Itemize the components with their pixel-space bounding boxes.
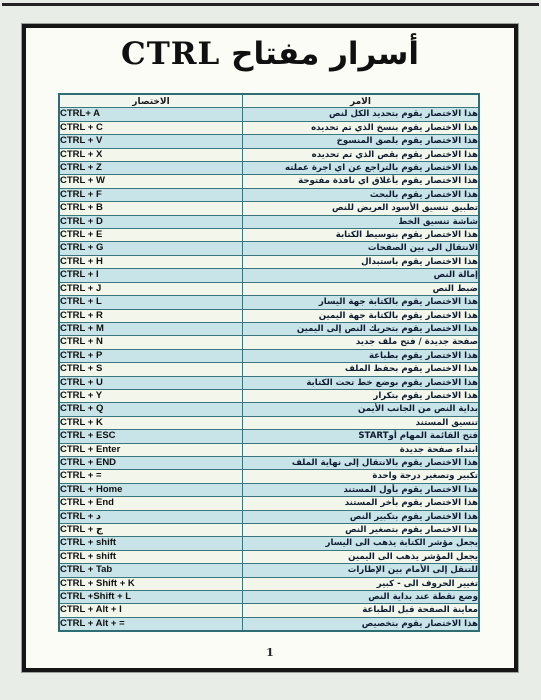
command-cell: الانتقال الى بين الصفحات [243, 242, 480, 255]
table-row: CTRL + shiftيجعل مؤشر الكتابة يذهب الى ا… [59, 537, 479, 550]
table-row: CTRL+ Aهذا الاختصار يقوم بتحديد الكل لنص [59, 108, 479, 121]
command-cell: هذا الاختصار يقوم بتكرار [243, 389, 480, 402]
command-cell: هذا الاختصار يقوم بتوسيط الكتابة [243, 229, 480, 242]
command-cell: هذا الاختصار يقوم بتصغير النص [243, 524, 480, 537]
header-shortcut: الاختصار [59, 94, 243, 108]
command-cell: هذا الاختصار يقوم بتكبير النص [243, 510, 480, 523]
shortcut-cell: CTRL + ESC [59, 430, 243, 443]
shortcut-cell: CTRL + X [59, 148, 243, 161]
header-row: الاختصار الامر [59, 94, 479, 108]
command-cell: هذا الاختصار يقوم باستبدال [243, 255, 480, 268]
command-cell: شاشة تنسيق الخط [243, 215, 480, 228]
command-cell: هذا الاختصار يقوم بأخر المستند [243, 497, 480, 510]
table-row: CTRL + Hهذا الاختصار يقوم باستبدال [59, 255, 479, 268]
shortcut-cell: CTRL + shift [59, 550, 243, 563]
command-cell: هذا الاختصار يقوم بأغلاق اي نافذة مفتوحة [243, 175, 480, 188]
table-row: CTRL + Wهذا الاختصار يقوم بأغلاق اي نافذ… [59, 175, 479, 188]
page-number: 1 [26, 646, 514, 659]
table-row: CTRL + Qبداية النص من الجانب الأيمن [59, 403, 479, 416]
command-cell: تغيير الحروف الى - كبير [243, 577, 480, 590]
command-cell: تطبيق تنسيق الأسود العريض للنص [243, 202, 480, 215]
table-row: CTRL + Yهذا الاختصار يقوم بتكرار [59, 389, 479, 402]
command-cell: هذا الاختصار يقوم بتحريك النص إلى اليمين [243, 322, 480, 335]
table-row: CTRL + Zهذا الاختصار يقوم بالتراجع عن اي… [59, 162, 479, 175]
command-cell: هذا الاختصار يقوم بلصق المنسوخ [243, 135, 480, 148]
table-row: CTRL + Xهذا الاختصار يقوم بقص الذي تم تح… [59, 148, 479, 161]
table-row: CTRL +Shift + Lوضع نقطة عند بداية النص [59, 591, 479, 604]
command-cell: إمالة النص [243, 269, 480, 282]
command-cell: صفحة جديدة / فتح ملف جديد [243, 336, 480, 349]
command-cell: ضبط النص [243, 282, 480, 295]
shortcut-cell: CTRL + End [59, 497, 243, 510]
shortcut-cell: CTRL + B [59, 202, 243, 215]
command-cell: هذا الاختصار يقوم بوضع خط تحت الكتابة [243, 376, 480, 389]
table-row: CTRL + Alt + Iمعاينة الصفحة قبل الطباعة [59, 604, 479, 617]
shortcut-cell: CTRL + K [59, 416, 243, 429]
command-cell: معاينة الصفحة قبل الطباعة [243, 604, 480, 617]
table-row: CTRL + Iإمالة النص [59, 269, 479, 282]
table-row: CTRL + Lهذا الاختصار يقوم بالكتابة جهة ا… [59, 296, 479, 309]
shortcut-cell: CTRL + H [59, 255, 243, 268]
shortcut-cell: CTRL + د [59, 510, 243, 523]
shortcut-cell: CTRL + N [59, 336, 243, 349]
shortcut-cell: CTRL + I [59, 269, 243, 282]
shortcut-cell: CTRL + = [59, 470, 243, 483]
shortcut-cell: CTRL + Q [59, 403, 243, 416]
command-cell: هذا الاختصار يقوم بأول المستند [243, 483, 480, 496]
command-cell: هذا الاختصار يقوم بقص الذي تم تحديده [243, 148, 480, 161]
command-cell: فتح القائمة المهام أوSTART [243, 430, 480, 443]
table-row: CTRL + Pهذا الاختصار يقوم بطباعة [59, 349, 479, 362]
shortcut-cell: CTRL + END [59, 456, 243, 469]
command-cell: وضع نقطة عند بداية النص [243, 591, 480, 604]
command-cell: هذا الاختصار يقوم بتخصيص [243, 617, 480, 631]
table-row: CTRL + Mهذا الاختصار يقوم بتحريك النص إل… [59, 322, 479, 335]
table-row: CTRL + جهذا الاختصار يقوم بتصغير النص [59, 524, 479, 537]
shortcut-cell: CTRL + R [59, 309, 243, 322]
command-cell: ابتداء صفحة جديدة [243, 443, 480, 456]
shortcut-cell: CTRL + D [59, 215, 243, 228]
command-cell: هذا الاختصار يقوم بالبحث [243, 188, 480, 201]
table-row: CTRL + Cهذا الاختصار يقوم بنسخ الذي تم ت… [59, 121, 479, 134]
command-cell: هذا الاختصار يقوم بنسخ الذي تم تحديده [243, 121, 480, 134]
table-row: CTRL + Nصفحة جديدة / فتح ملف جديد [59, 336, 479, 349]
shortcut-cell: CTRL + E [59, 229, 243, 242]
page-title: أسرار مفتاح CTRL [26, 36, 514, 72]
table-row: CTRL + Fهذا الاختصار يقوم بالبحث [59, 188, 479, 201]
command-cell: للتنقل إلى الأمام بين الإطارات [243, 564, 480, 577]
shortcut-cell: CTRL +Shift + L [59, 591, 243, 604]
shortcut-cell: CTRL + F [59, 188, 243, 201]
shortcut-cell: CTRL + M [59, 322, 243, 335]
command-cell: هذا الاختصار يقوم بالكتابة جهة اليسار [243, 296, 480, 309]
table-row: CTRL + ENDهذا الاختصار يقوم بالانتقال إل… [59, 456, 479, 469]
top-edge-line [2, 3, 539, 6]
table-row: CTRL + Vهذا الاختصار يقوم بلصق المنسوخ [59, 135, 479, 148]
table-row: CTRL + Gالانتقال الى بين الصفحات [59, 242, 479, 255]
table-row: CTRL + ESCفتح القائمة المهام أوSTART [59, 430, 479, 443]
command-cell: هذا الاختصار يقوم بطباعة [243, 349, 480, 362]
shortcut-cell: CTRL + V [59, 135, 243, 148]
shortcut-cell: CTRL + U [59, 376, 243, 389]
shortcut-cell: CTRL + J [59, 282, 243, 295]
table-row: CTRL + Endهذا الاختصار يقوم بأخر المستند [59, 497, 479, 510]
shortcut-cell: CTRL + shift [59, 537, 243, 550]
command-cell: تنسيق المستند [243, 416, 480, 429]
table-row: CTRL + Sهذا الاختصار يقوم بحفظ الملف [59, 363, 479, 376]
shortcut-cell: CTRL + Shift + K [59, 577, 243, 590]
shortcuts-table: الاختصار الامر CTRL+ Aهذا الاختصار يقوم … [58, 93, 480, 632]
table-row: CTRL + Rهذا الاختصار يقوم بالكتابة جهة ا… [59, 309, 479, 322]
table-row: CTRL + Enterابتداء صفحة جديدة [59, 443, 479, 456]
shortcut-cell: CTRL + W [59, 175, 243, 188]
command-cell: هذا الاختصار يقوم بالكتابة جهة اليمين [243, 309, 480, 322]
table-row: CTRL + دهذا الاختصار يقوم بتكبير النص [59, 510, 479, 523]
table-row: CTRL + Alt + =هذا الاختصار يقوم بتخصيص [59, 617, 479, 631]
command-cell: هذا الاختصار يقوم بالتراجع عن اي اجرة عم… [243, 162, 480, 175]
table-row: CTRL + Jضبط النص [59, 282, 479, 295]
shortcut-cell: CTRL + Alt + = [59, 617, 243, 631]
table-row: CTRL + =تكبير وتصغير درجة واحدة [59, 470, 479, 483]
table-row: CTRL + Shift + Kتغيير الحروف الى - كبير [59, 577, 479, 590]
shortcut-cell: CTRL + S [59, 363, 243, 376]
command-cell: يجعل المؤشر يذهب الى اليمين [243, 550, 480, 563]
table-row: CTRL + Homeهذا الاختصار يقوم بأول المستن… [59, 483, 479, 496]
table-row: CTRL + Eهذا الاختصار يقوم بتوسيط الكتابة [59, 229, 479, 242]
command-cell: تكبير وتصغير درجة واحدة [243, 470, 480, 483]
shortcut-cell: CTRL + L [59, 296, 243, 309]
table-row: CTRL + Dشاشة تنسيق الخط [59, 215, 479, 228]
table-row: CTRL + shiftيجعل المؤشر يذهب الى اليمين [59, 550, 479, 563]
command-cell: هذا الاختصار يقوم بحفظ الملف [243, 363, 480, 376]
shortcut-cell: CTRL+ A [59, 108, 243, 121]
shortcut-cell: CTRL + Z [59, 162, 243, 175]
table-row: CTRL + Tabللتنقل إلى الأمام بين الإطارات [59, 564, 479, 577]
command-cell: هذا الاختصار يقوم بالانتقال إلى نهاية ال… [243, 456, 480, 469]
shortcut-cell: CTRL + C [59, 121, 243, 134]
header-command: الامر [243, 94, 480, 108]
shortcut-cell: CTRL + ج [59, 524, 243, 537]
shortcut-cell: CTRL + Home [59, 483, 243, 496]
shortcut-cell: CTRL + G [59, 242, 243, 255]
shortcut-cell: CTRL + Y [59, 389, 243, 402]
command-cell: هذا الاختصار يقوم بتحديد الكل لنص [243, 108, 480, 121]
table-row: CTRL + Kتنسيق المستند [59, 416, 479, 429]
shortcut-cell: CTRL + Alt + I [59, 604, 243, 617]
command-cell: بداية النص من الجانب الأيمن [243, 403, 480, 416]
shortcut-cell: CTRL + P [59, 349, 243, 362]
photo-background: أسرار مفتاح CTRL الاختصار الامر CTRL+ Aه… [0, 0, 541, 700]
shortcut-cell: CTRL + Enter [59, 443, 243, 456]
document-page: أسرار مفتاح CTRL الاختصار الامر CTRL+ Aه… [22, 24, 518, 672]
command-cell: يجعل مؤشر الكتابة يذهب الى اليسار [243, 537, 480, 550]
table-row: CTRL + Uهذا الاختصار يقوم بوضع خط تحت ال… [59, 376, 479, 389]
shortcut-cell: CTRL + Tab [59, 564, 243, 577]
table-row: CTRL + Bتطبيق تنسيق الأسود العريض للنص [59, 202, 479, 215]
